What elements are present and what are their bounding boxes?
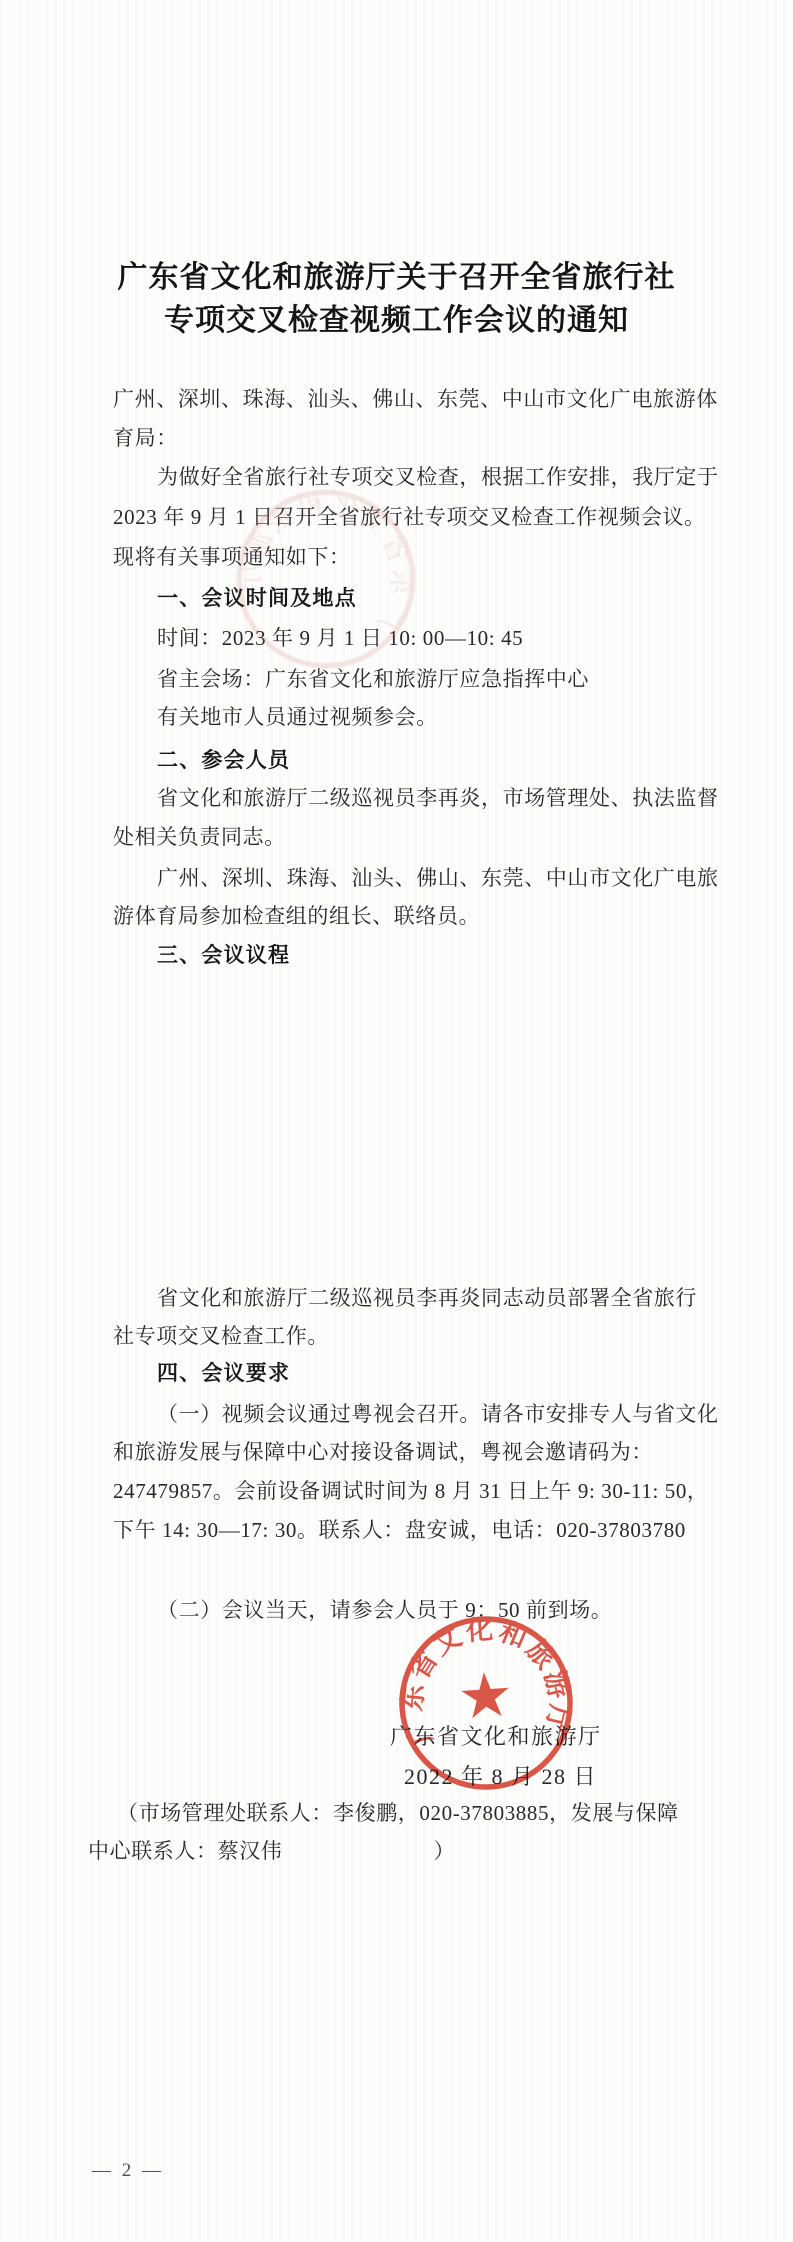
body-line: 广州、深圳、珠海、汕头、佛山、东莞、中山市文化广电旅 [157,864,719,892]
body-line: 和旅游发展与保障中心对接设备调试，粤视会邀请码为： [113,1438,653,1466]
svg-text:广东省文化和旅游厅: 广东省文化和旅游厅 [229,469,437,636]
faint-stamp-arc-text: 广东省文化和旅游厅 [229,469,437,636]
signature-org: 广东省文化和旅游厅 [390,1720,602,1751]
body-line: 处相关负责同志。 [113,823,286,851]
body-line: （一）视频会议通过粤视会召开。请各市安排专人与省文化 [157,1400,719,1428]
document-title: 广东省文化和旅游厅关于召开全省旅行社 专项交叉检查视频工作会议的通知 [0,256,793,342]
faint-bleed-stamp: 广东省文化和旅游厅 [213,466,438,691]
body-line: 下午 14: 30—17: 30。联系人：盘安诚，电话：020-37803780 [113,1516,686,1544]
document-page: 广东省文化和旅游厅 广东省文化和旅游厅关于召开全省旅行社 专项交叉检查视频工作会… [0,0,793,2242]
body-line: 有关地市人员通过视频参会。 [157,703,438,731]
contact-note-line1: （市场管理处联系人：李俊鹏，020-37803885，发展与保障 [117,1797,679,1827]
body-line: 为做好全省旅行社专项交叉检查，根据工作安排，我厅定于 [157,463,719,491]
section-heading-4: 四、会议要求 [157,1360,290,1388]
document-title-line1: 广东省文化和旅游厅关于召开全省旅行社 [0,256,793,299]
section-heading-2: 二、参会人员 [157,747,290,775]
body-line: 游体育局参加检查组的组长、联络员。 [113,902,480,930]
body-line: 247479857。会前设备调试时间为 8 月 31 日上午 9: 30-11:… [113,1477,709,1505]
body-line: 社专项交叉检查工作。 [113,1322,329,1350]
contact-note-line2: 中心联系人：蔡汉伟 ） [88,1835,455,1865]
body-line: 广州、深圳、珠海、汕头、佛山、东莞、中山市文化广电旅游体 [113,385,718,413]
body-line: 省文化和旅游厅二级巡视员李再炎同志动员部署全省旅行 [157,1284,697,1312]
body-line: 育局： [113,424,178,452]
page-number: — 2 — [92,2160,164,2182]
document-title-line2: 专项交叉检查视频工作会议的通知 [0,299,793,342]
section-heading-3: 三、会议议程 [157,942,290,970]
signature-date: 2022 年 8 月 28 日 [404,1760,597,1791]
body-line: 省文化和旅游厅二级巡视员李再炎，市场管理处、执法监督 [157,784,719,812]
